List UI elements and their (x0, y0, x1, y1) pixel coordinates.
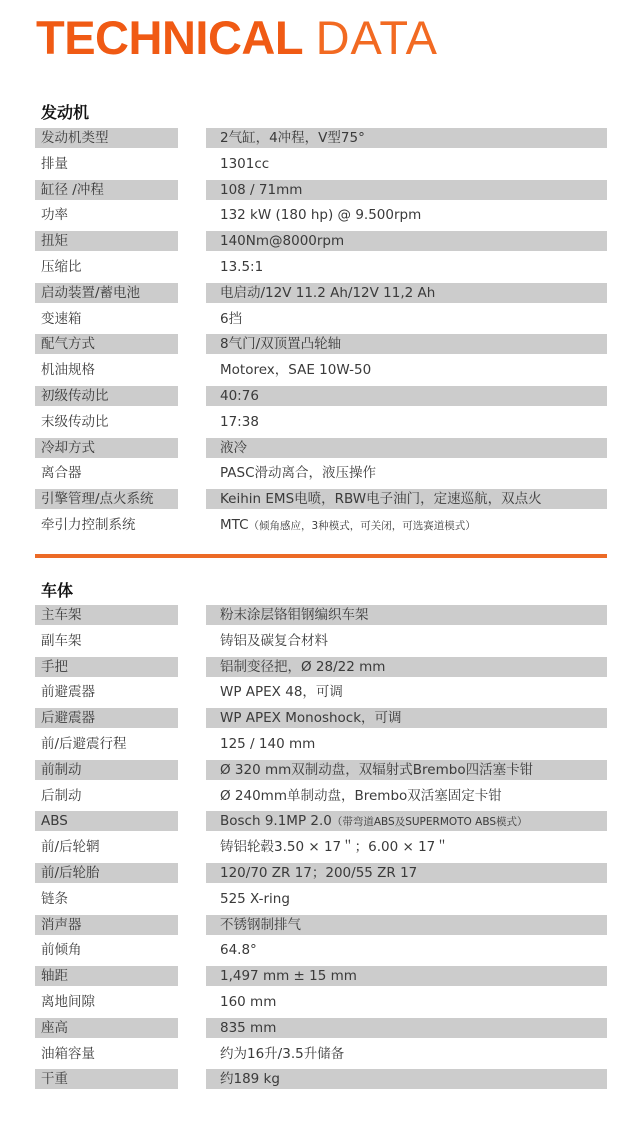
spec-value: 铸铝轮毂3.50 × 17＂；6.00 × 17＂ (206, 837, 607, 857)
spec-value-text: 132 kW (180 hp) @ 9.500rpm (220, 207, 421, 223)
spec-value-text: MTC (220, 517, 249, 533)
spec-value-text: 125 / 140 mm (220, 736, 315, 752)
spec-label: 牵引力控制系统 (35, 515, 178, 535)
spec-value-text: 铸铝及碳复合材料 (220, 633, 328, 649)
spec-value: Motorex，SAE 10W-50 (206, 360, 607, 380)
spec-value: 13.5:1 (206, 257, 607, 277)
spec-row: 扭矩140Nm@8000rpm (35, 229, 607, 255)
page-title-bold: TECHNICAL (36, 11, 303, 64)
spec-label: 冷却方式 (35, 438, 178, 458)
spec-value-text: 约189 kg (220, 1071, 280, 1087)
spec-value-text: 2气缸，4冲程，V型75° (220, 130, 365, 146)
spec-value-text: Ø 240mm单制动盘，Brembo双活塞固定卡钳 (220, 788, 502, 804)
spec-value-text: 108 / 71mm (220, 182, 302, 198)
section-title-chassis: 车体 (41, 578, 73, 601)
spec-row: 轴距1,497 mm ± 15 mm (35, 964, 607, 990)
spec-label: 初级传动比 (35, 386, 178, 406)
spec-row: 排量1301cc (35, 152, 607, 178)
spec-value: 108 / 71mm (206, 180, 607, 200)
spec-row: 初级传动比40:76 (35, 384, 607, 410)
spec-value: 140Nm@8000rpm (206, 231, 607, 251)
spec-label: 缸径 /冲程 (35, 180, 178, 200)
spec-value-text: 1,497 mm ± 15 mm (220, 968, 357, 984)
section-title-engine: 发动机 (41, 100, 89, 123)
spec-value: 6挡 (206, 309, 607, 329)
spec-value: 125 / 140 mm (206, 734, 607, 754)
page-title: TECHNICAL DATA (36, 14, 438, 62)
spec-value-text: 40:76 (220, 388, 259, 404)
spec-value-text: PASC滑动离合，液压操作 (220, 465, 376, 481)
spec-value: 132 kW (180 hp) @ 9.500rpm (206, 205, 607, 225)
spec-value: Ø 240mm单制动盘，Brembo双活塞固定卡钳 (206, 786, 607, 806)
spec-label: 离地间隙 (35, 992, 178, 1012)
spec-value-text: 电启动/12V 11.2 Ah/12V 11,2 Ah (220, 285, 435, 301)
spec-label: 发动机类型 (35, 128, 178, 148)
spec-label: 座高 (35, 1018, 178, 1038)
spec-row: 引擎管理/点火系统Keihin EMS电喷，RBW电子油门，定速巡航，双点火 (35, 487, 607, 513)
spec-value-text: 液冷 (220, 440, 247, 456)
spec-value-text: 粉末涂层铬钼钢编织车架 (220, 607, 369, 623)
spec-row: 前避震器WP APEX 48，可调 (35, 680, 607, 706)
spec-row: 消声器不锈钢制排气 (35, 913, 607, 939)
spec-row: 干重约189 kg (35, 1067, 607, 1093)
spec-value-text: Motorex，SAE 10W-50 (220, 362, 371, 378)
spec-value-text: 13.5:1 (220, 259, 263, 275)
spec-value: WP APEX Monoshock，可调 (206, 708, 607, 728)
spec-value: 电启动/12V 11.2 Ah/12V 11,2 Ah (206, 283, 607, 303)
spec-row: 前制动Ø 320 mm双制动盘，双辐射式Brembo四活塞卡钳 (35, 758, 607, 784)
spec-row: 离合器PASC滑动离合，液压操作 (35, 461, 607, 487)
spec-value: 835 mm (206, 1018, 607, 1038)
spec-value: 约为16升/3.5升储备 (206, 1044, 607, 1064)
spec-row: 功率132 kW (180 hp) @ 9.500rpm (35, 203, 607, 229)
spec-value: 1301cc (206, 154, 607, 174)
spec-value-text: Bosch 9.1MP 2.0 (220, 813, 332, 829)
spec-label: 配气方式 (35, 334, 178, 354)
spec-label: 轴距 (35, 966, 178, 986)
spec-label: 手把 (35, 657, 178, 677)
spec-label: 引擎管理/点火系统 (35, 489, 178, 509)
spec-label: 前避震器 (35, 682, 178, 702)
spec-value: 1,497 mm ± 15 mm (206, 966, 607, 986)
spec-value: 17:38 (206, 412, 607, 432)
spec-value: 液冷 (206, 438, 607, 458)
spec-value-text: Ø 320 mm双制动盘，双辐射式Brembo四活塞卡钳 (220, 762, 533, 778)
spec-row: 变速箱6挡 (35, 307, 607, 333)
spec-row: 末级传动比17:38 (35, 410, 607, 436)
spec-row: 牵引力控制系统MTC（倾角感应，3种模式，可关闭，可选赛道模式） (35, 513, 607, 539)
spec-value: Bosch 9.1MP 2.0（带弯道ABS及SUPERMOTO ABS模式） (206, 811, 607, 831)
chassis-spec-table: 主车架粉末涂层铬钼钢编织车架副车架铸铝及碳复合材料手把铝制变径把，Ø 28/22… (35, 603, 607, 1093)
spec-row: 启动装置/蓄电池电启动/12V 11.2 Ah/12V 11,2 Ah (35, 281, 607, 307)
spec-label: 前倾角 (35, 940, 178, 960)
spec-label: 前/后避震行程 (35, 734, 178, 754)
spec-row: 前/后轮胎120/70 ZR 17；200/55 ZR 17 (35, 861, 607, 887)
spec-row: 主车架粉末涂层铬钼钢编织车架 (35, 603, 607, 629)
spec-label: 前/后轮胎 (35, 863, 178, 883)
spec-value: 64.8° (206, 940, 607, 960)
spec-value: WP APEX 48，可调 (206, 682, 607, 702)
spec-row: ABSBosch 9.1MP 2.0（带弯道ABS及SUPERMOTO ABS模… (35, 809, 607, 835)
spec-row: 副车架铸铝及碳复合材料 (35, 629, 607, 655)
spec-value-text: 8气门/双顶置凸轮轴 (220, 336, 341, 352)
spec-value-text: 835 mm (220, 1020, 276, 1036)
spec-label: 链条 (35, 889, 178, 909)
spec-value-text: 160 mm (220, 994, 276, 1010)
spec-value-text: 铝制变径把，Ø 28/22 mm (220, 659, 385, 675)
spec-value: 铸铝及碳复合材料 (206, 631, 607, 651)
spec-label: 消声器 (35, 915, 178, 935)
spec-row: 油箱容量约为16升/3.5升储备 (35, 1042, 607, 1068)
spec-label: 油箱容量 (35, 1044, 178, 1064)
spec-row: 前/后避震行程125 / 140 mm (35, 732, 607, 758)
spec-label: 启动装置/蓄电池 (35, 283, 178, 303)
spec-label: 前/后轮辋 (35, 837, 178, 857)
spec-value: 525 X-ring (206, 889, 607, 909)
spec-row: 发动机类型2气缸，4冲程，V型75° (35, 126, 607, 152)
spec-label: ABS (35, 811, 178, 831)
spec-value-text: 120/70 ZR 17；200/55 ZR 17 (220, 865, 417, 881)
spec-value: Keihin EMS电喷，RBW电子油门，定速巡航，双点火 (206, 489, 607, 509)
spec-value: 8气门/双顶置凸轮轴 (206, 334, 607, 354)
section-divider (35, 554, 607, 558)
spec-label: 后制动 (35, 786, 178, 806)
spec-row: 前/后轮辋铸铝轮毂3.50 × 17＂；6.00 × 17＂ (35, 835, 607, 861)
spec-value-text: WP APEX Monoshock，可调 (220, 710, 402, 726)
spec-value: 120/70 ZR 17；200/55 ZR 17 (206, 863, 607, 883)
spec-row: 配气方式8气门/双顶置凸轮轴 (35, 332, 607, 358)
spec-row: 后制动Ø 240mm单制动盘，Brembo双活塞固定卡钳 (35, 784, 607, 810)
spec-label: 前制动 (35, 760, 178, 780)
spec-value-text: 1301cc (220, 156, 269, 172)
spec-value-note: （带弯道ABS及SUPERMOTO ABS模式） (332, 816, 528, 828)
spec-value: 粉末涂层铬钼钢编织车架 (206, 605, 607, 625)
spec-label: 功率 (35, 205, 178, 225)
spec-label: 扭矩 (35, 231, 178, 251)
spec-label: 变速箱 (35, 309, 178, 329)
spec-value: 2气缸，4冲程，V型75° (206, 128, 607, 148)
spec-row: 缸径 /冲程108 / 71mm (35, 178, 607, 204)
page-title-light: DATA (316, 11, 438, 64)
spec-value-text: 铸铝轮毂3.50 × 17＂；6.00 × 17＂ (220, 839, 449, 855)
spec-label: 机油规格 (35, 360, 178, 380)
spec-label: 后避震器 (35, 708, 178, 728)
spec-label: 干重 (35, 1069, 178, 1089)
spec-value: 铝制变径把，Ø 28/22 mm (206, 657, 607, 677)
spec-row: 后避震器WP APEX Monoshock，可调 (35, 706, 607, 732)
engine-spec-table: 发动机类型2气缸，4冲程，V型75°排量1301cc缸径 /冲程108 / 71… (35, 126, 607, 539)
spec-row: 手把铝制变径把，Ø 28/22 mm (35, 655, 607, 681)
spec-value: 160 mm (206, 992, 607, 1012)
spec-value-text: 64.8° (220, 942, 257, 958)
spec-row: 离地间隙160 mm (35, 990, 607, 1016)
spec-value: Ø 320 mm双制动盘，双辐射式Brembo四活塞卡钳 (206, 760, 607, 780)
spec-row: 机油规格Motorex，SAE 10W-50 (35, 358, 607, 384)
spec-value: MTC（倾角感应，3种模式，可关闭，可选赛道模式） (206, 515, 607, 535)
spec-value: 不锈钢制排气 (206, 915, 607, 935)
spec-label: 副车架 (35, 631, 178, 651)
spec-value-text: 17:38 (220, 414, 259, 430)
spec-value-text: 不锈钢制排气 (220, 917, 301, 933)
spec-value: 约189 kg (206, 1069, 607, 1089)
spec-label: 压缩比 (35, 257, 178, 277)
spec-value-text: 140Nm@8000rpm (220, 233, 344, 249)
spec-value-text: 525 X-ring (220, 891, 290, 907)
spec-value-text: 6挡 (220, 311, 242, 327)
spec-label: 主车架 (35, 605, 178, 625)
spec-value-note: （倾角感应，3种模式，可关闭，可选赛道模式） (249, 520, 476, 532)
spec-row: 前倾角64.8° (35, 938, 607, 964)
spec-value-text: Keihin EMS电喷，RBW电子油门，定速巡航，双点火 (220, 491, 542, 507)
spec-value: 40:76 (206, 386, 607, 406)
spec-value-text: WP APEX 48，可调 (220, 684, 343, 700)
spec-row: 座高835 mm (35, 1016, 607, 1042)
spec-value: PASC滑动离合，液压操作 (206, 463, 607, 483)
spec-label: 末级传动比 (35, 412, 178, 432)
spec-label: 排量 (35, 154, 178, 174)
spec-row: 链条525 X-ring (35, 887, 607, 913)
spec-label: 离合器 (35, 463, 178, 483)
spec-value-text: 约为16升/3.5升储备 (220, 1046, 344, 1062)
spec-row: 冷却方式液冷 (35, 436, 607, 462)
spec-row: 压缩比13.5:1 (35, 255, 607, 281)
